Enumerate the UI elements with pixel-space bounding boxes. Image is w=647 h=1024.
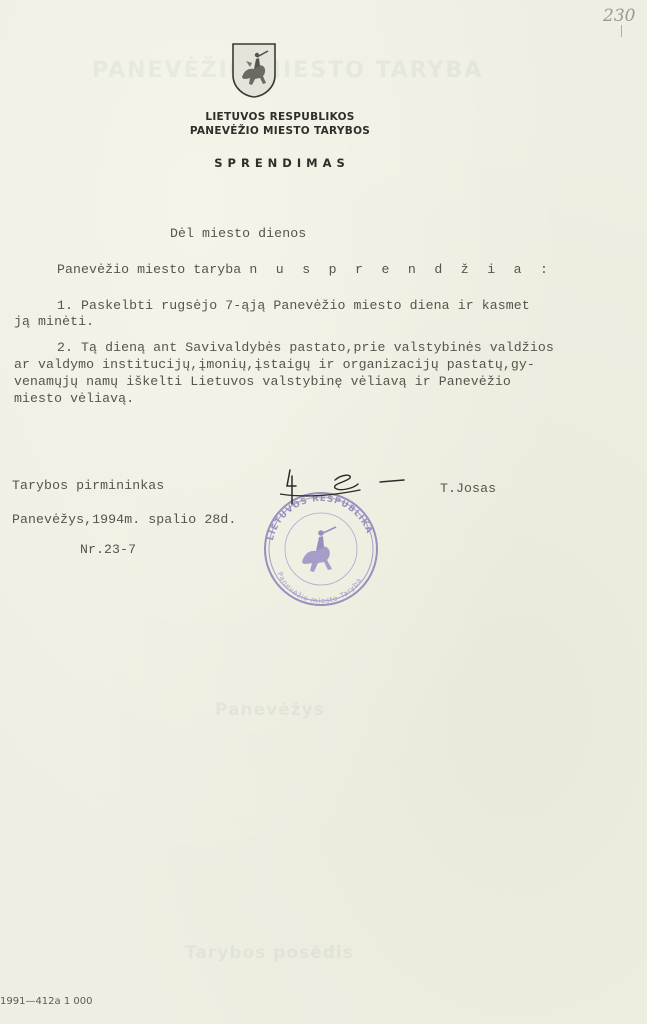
page-number-mark bbox=[621, 25, 622, 37]
header-council: PANEVĖŽIO MIESTO TARYBOS bbox=[150, 125, 410, 137]
place-and-date: Panevėžys,1994m. spalio 28d. bbox=[12, 512, 236, 527]
coat-of-arms-icon bbox=[230, 41, 278, 99]
bleed-through-session: Tarybos posėdis bbox=[185, 943, 354, 963]
signatory-name: T.Josas bbox=[440, 481, 496, 496]
subject-line: Dėl miesto dienos bbox=[170, 226, 306, 241]
header-republic: LIETUVOS RESPUBLIKOS bbox=[150, 111, 410, 123]
item-2-line-4: miesto vėliavą. bbox=[14, 391, 134, 406]
signatory-position: Tarybos pirmininkas bbox=[12, 478, 164, 493]
preamble: Panevėžio miesto taryba n u s p r e n d … bbox=[57, 262, 553, 277]
decision-number: Nr.23-7 bbox=[80, 542, 136, 557]
preamble-text: Panevėžio miesto taryba bbox=[57, 262, 241, 277]
item-1-line-1: 1. Paskelbti rugsėjo 7-ąją Panevėžio mie… bbox=[57, 298, 530, 313]
print-run-code: 1991—412a 1 000 bbox=[0, 996, 92, 1007]
bleed-through-city: Panevėžys bbox=[215, 700, 325, 720]
official-stamp-icon: LIETUVOS RESPUBLIKA Panevėžio miesto Tar… bbox=[252, 490, 390, 608]
handwritten-signature bbox=[280, 468, 420, 506]
preamble-verb: n u s p r e n d ž i a : bbox=[249, 262, 553, 277]
item-2-line-1: 2. Tą dieną ant Savivaldybės pastato,pri… bbox=[57, 340, 554, 355]
svg-text:Panevėžio miesto Taryba: Panevėžio miesto Taryba bbox=[275, 571, 363, 605]
item-2-line-2: ar valdymo institucijų,įmonių,įstaigų ir… bbox=[14, 357, 535, 372]
item-1-line-2: ją minėti. bbox=[14, 314, 94, 329]
bleed-through-heading: PANEVĖŽIO MIESTO TARYBA bbox=[92, 58, 483, 83]
document-title: SPRENDIMAS bbox=[172, 156, 392, 170]
item-2-line-3: venamųjų namų iškelti Lietuvos valstybin… bbox=[14, 374, 511, 389]
handwritten-page-number: 230 bbox=[603, 6, 635, 26]
stamp-bottom-text: Panevėžio miesto Taryba bbox=[275, 571, 363, 605]
